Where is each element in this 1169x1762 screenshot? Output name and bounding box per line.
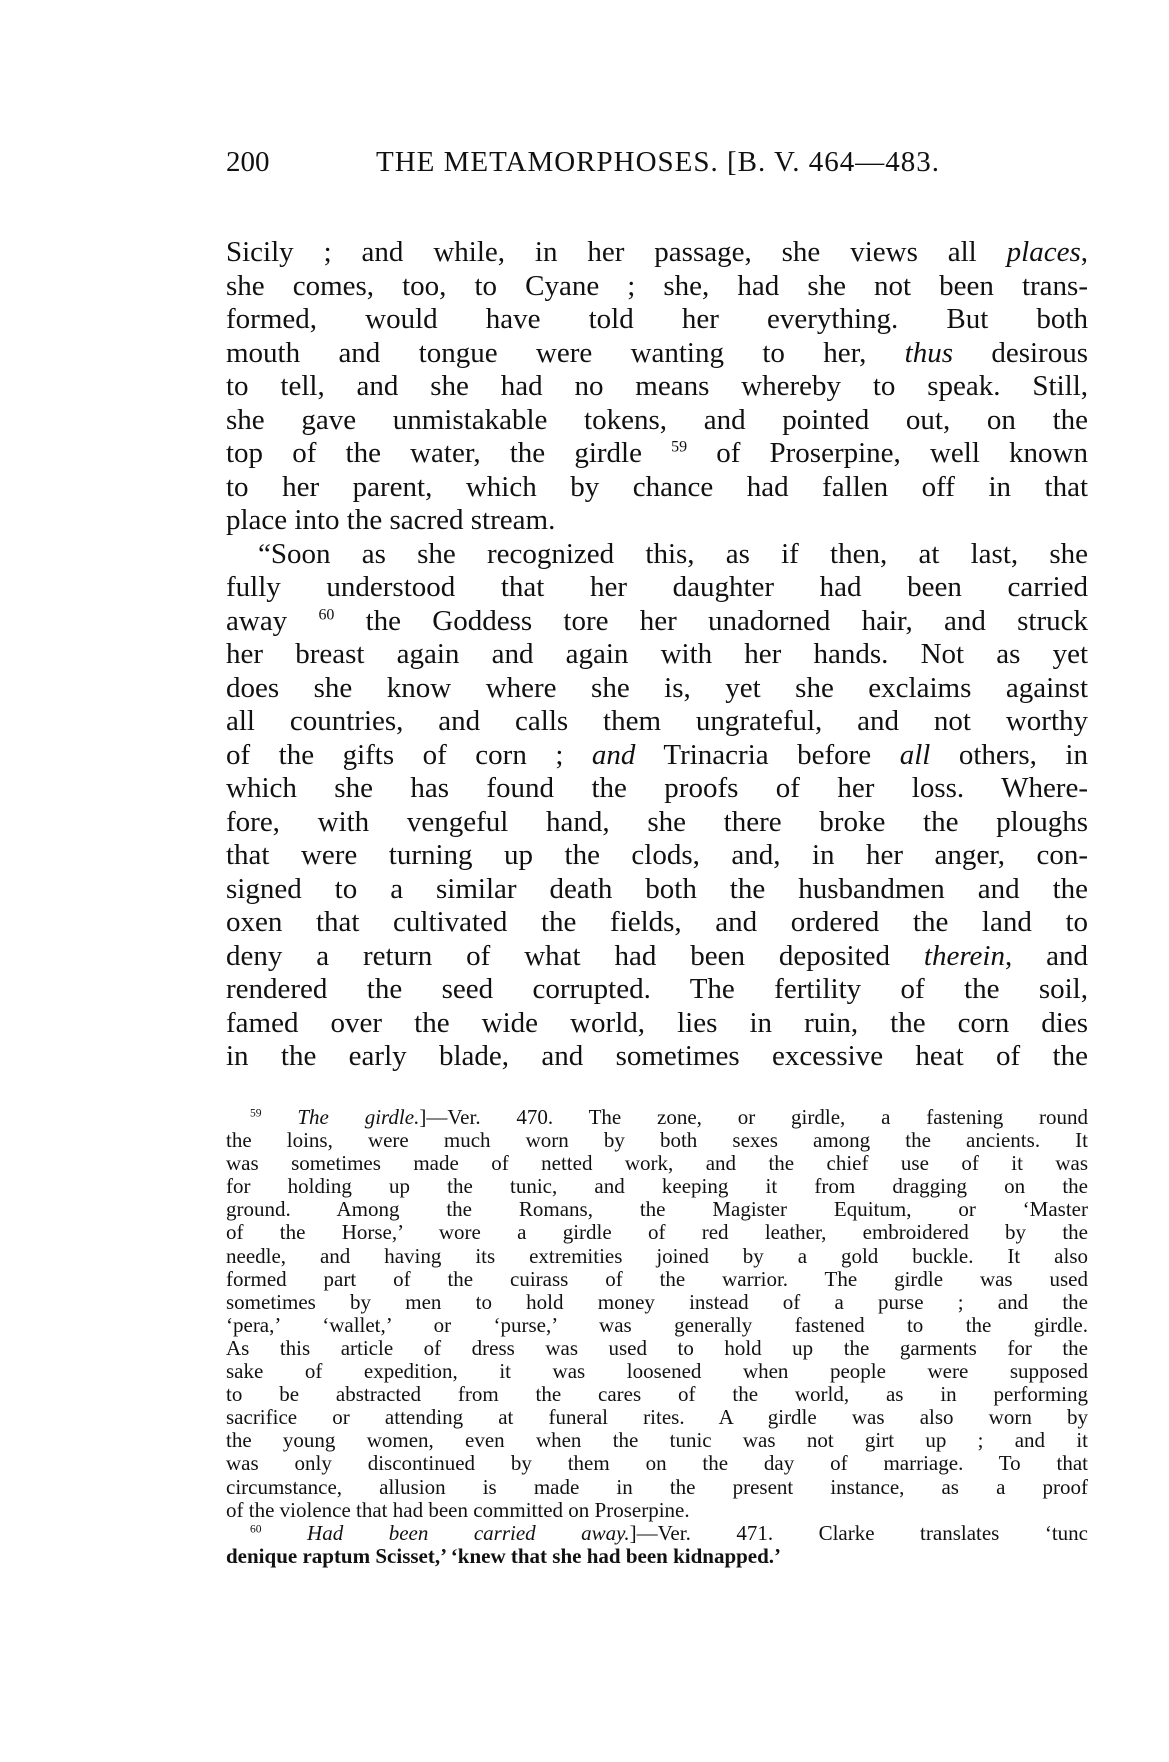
text-line: all countries, and calls them ungrateful… <box>226 705 1088 739</box>
text-line: “Soon as she recognized this, as if then… <box>226 538 1088 572</box>
text-run: formed part of the cuirass of the warrio… <box>226 1267 1088 1291</box>
text-line: famed over the wide world, lies in ruin,… <box>226 1007 1088 1041</box>
footnote-line: formed part of the cuirass of the warrio… <box>226 1268 1088 1291</box>
text-run: sake of expedition, it was loosened when… <box>226 1359 1088 1383</box>
text-run: to her parent, which by chance had falle… <box>226 471 1088 503</box>
text-run: the Goddess tore her unadorned hair, and… <box>334 605 1088 637</box>
text-run: for holding up the tunic, and keeping it… <box>226 1174 1088 1198</box>
footnote-line: ground. Among the Romans, the Magister E… <box>226 1198 1088 1221</box>
footnote-line: denique raptum Scisset,’ ‘knew that she … <box>226 1545 1088 1568</box>
italic-text: and <box>592 739 636 771</box>
text-run: deny a return of what had been deposited <box>226 940 924 972</box>
text-run: all countries, and calls them ungrateful… <box>226 705 1088 737</box>
book-page: 200 THE METAMORPHOSES. [B. V. 464—483. S… <box>0 0 1169 1762</box>
text-line: fore, with vengeful hand, she there brok… <box>226 806 1088 840</box>
text-run: desirous <box>953 337 1088 369</box>
text-run: place into the sacred stream. <box>226 504 555 536</box>
footnote-line: sometimes by men to hold money instead o… <box>226 1291 1088 1314</box>
running-title: THE METAMORPHOSES. [B. V. 464—483. <box>376 146 940 179</box>
text-run: she comes, too, to Cyane ; she, had she … <box>226 270 1088 302</box>
text-run: mouth and tongue were wanting to her, <box>226 337 905 369</box>
text-run: of Proserpine, well known <box>687 437 1088 469</box>
text-line: Sicily ; and while, in her passage, she … <box>226 236 1088 270</box>
text-line: that were turning up the clods, and, in … <box>226 839 1088 873</box>
text-line: in the early blade, and sometimes excess… <box>226 1040 1088 1074</box>
text-run: to be abstracted from the cares of the w… <box>226 1382 1088 1406</box>
italic-text: places <box>1007 236 1081 268</box>
text-run: which she has found the proofs of her lo… <box>226 772 1088 804</box>
text-run: fully understood that her daughter had b… <box>226 571 1088 603</box>
italic-text: The girdle. <box>297 1105 419 1129</box>
text-line: she gave unmistakable tokens, and pointe… <box>226 404 1088 438</box>
italic-text: thus <box>905 337 953 369</box>
text-line: oxen that cultivated the fields, and ord… <box>226 906 1088 940</box>
text-line: of the gifts of corn ; and Trinacria bef… <box>226 739 1088 773</box>
text-line: which she has found the proofs of her lo… <box>226 772 1088 806</box>
text-run: others, in <box>930 739 1088 771</box>
text-line: place into the sacred stream. <box>226 504 1088 538</box>
text-line: top of the water, the girdle 59 of Prose… <box>226 437 1088 471</box>
text-line: fully understood that her daughter had b… <box>226 571 1088 605</box>
footnote-line: of the Horse,’ wore a girdle of red leat… <box>226 1221 1088 1244</box>
italic-text: Had been carried away. <box>307 1521 630 1545</box>
italic-text: therein <box>924 940 1005 972</box>
text-run: ground. Among the Romans, the Magister E… <box>226 1197 1088 1221</box>
footnote-line: sake of expedition, it was loosened when… <box>226 1360 1088 1383</box>
text-run: oxen that cultivated the fields, and ord… <box>226 906 1088 938</box>
main-text: Sicily ; and while, in her passage, she … <box>226 236 1088 1074</box>
text-run: ]—Ver. 471. Clarke translates ‘tunc <box>630 1521 1088 1545</box>
text-run: was only discontinued by them on the day… <box>226 1451 1088 1475</box>
text-run: top of the water, the girdle <box>226 437 671 469</box>
text-run: As this article of dress was used to hol… <box>226 1336 1088 1360</box>
text-line: mouth and tongue were wanting to her, th… <box>226 337 1088 371</box>
footnote-marker: 59 <box>250 1108 262 1120</box>
text-run: in the early blade, and sometimes excess… <box>226 1040 1088 1072</box>
footnote-line: was only discontinued by them on the day… <box>226 1452 1088 1475</box>
footnote-line: 59 The girdle.]—Ver. 470. The zone, or g… <box>226 1106 1088 1129</box>
text-run: does she know where she is, yet she excl… <box>226 672 1088 704</box>
text-run: fore, with vengeful hand, she there brok… <box>226 806 1088 838</box>
footnote-line: was sometimes made of netted work, and t… <box>226 1152 1088 1175</box>
text-run: Trinacria before <box>635 739 899 771</box>
footnote-marker: 60 <box>250 1523 262 1535</box>
text-run: of the gifts of corn ; <box>226 739 592 771</box>
footnote-line: of the violence that had been committed … <box>226 1499 1088 1522</box>
footnote-line: As this article of dress was used to hol… <box>226 1337 1088 1360</box>
text-run: the young women, even when the tunic was… <box>226 1428 1088 1452</box>
text-line: signed to a similar death both the husba… <box>226 873 1088 907</box>
text-run: to tell, and she had no means whereby to… <box>226 370 1088 402</box>
text-run: that were turning up the clods, and, in … <box>226 839 1088 871</box>
text-line: does she know where she is, yet she excl… <box>226 672 1088 706</box>
bold-text: denique raptum Scisset,’ ‘knew that she … <box>226 1544 781 1568</box>
text-line: she comes, too, to Cyane ; she, had she … <box>226 270 1088 304</box>
text-run: away <box>226 605 318 637</box>
page-header: 200 THE METAMORPHOSES. [B. V. 464—483. <box>226 146 1088 186</box>
text-run: formed, would have told her everything. … <box>226 303 1088 335</box>
text-line: to tell, and she had no means whereby to… <box>226 370 1088 404</box>
text-run: needle, and having its extremities joine… <box>226 1244 1088 1268</box>
footnote-marker: 59 <box>671 439 687 456</box>
text-run: rendered the seed corrupted. The fertili… <box>226 973 1088 1005</box>
text-run: she gave unmistakable tokens, and pointe… <box>226 404 1088 436</box>
text-line: to her parent, which by chance had falle… <box>226 471 1088 505</box>
text-run: , <box>1081 236 1088 268</box>
footnote-line: 60 Had been carried away.]—Ver. 471. Cla… <box>226 1522 1088 1545</box>
text-run: ]—Ver. 470. The zone, or girdle, a faste… <box>419 1105 1088 1129</box>
text-run: her breast again and again with her hand… <box>226 638 1088 670</box>
italic-text: all <box>900 739 931 771</box>
text-line: deny a return of what had been deposited… <box>226 940 1088 974</box>
text-run: famed over the wide world, lies in ruin,… <box>226 1007 1088 1039</box>
footnote-line: the loins, were much worn by both sexes … <box>226 1129 1088 1152</box>
text-run: sometimes by men to hold money instead o… <box>226 1290 1088 1314</box>
text-run: signed to a similar death both the husba… <box>226 873 1088 905</box>
footnote-line: to be abstracted from the cares of the w… <box>226 1383 1088 1406</box>
text-line: rendered the seed corrupted. The fertili… <box>226 973 1088 1007</box>
text-run: circumstance, allusion is made in the pr… <box>226 1475 1088 1499</box>
text-run: ‘pera,’ ‘wallet,’ or ‘purse,’ was genera… <box>226 1313 1088 1337</box>
footnote-line: circumstance, allusion is made in the pr… <box>226 1476 1088 1499</box>
text-run <box>262 1521 308 1545</box>
text-run: sacrifice or attending at funeral rites.… <box>226 1405 1088 1429</box>
page-number: 200 <box>226 146 270 179</box>
footnote-line: needle, and having its extremities joine… <box>226 1245 1088 1268</box>
text-line: formed, would have told her everything. … <box>226 303 1088 337</box>
footnote-marker: 60 <box>318 606 334 623</box>
footnotes: 59 The girdle.]—Ver. 470. The zone, or g… <box>226 1106 1088 1568</box>
text-run: was sometimes made of netted work, and t… <box>226 1151 1088 1175</box>
text-run <box>262 1105 298 1129</box>
text-run: “Soon as she recognized this, as if then… <box>258 538 1088 570</box>
text-line: away 60 the Goddess tore her unadorned h… <box>226 605 1088 639</box>
footnote-line: ‘pera,’ ‘wallet,’ or ‘purse,’ was genera… <box>226 1314 1088 1337</box>
footnote-line: sacrifice or attending at funeral rites.… <box>226 1406 1088 1429</box>
text-run: Sicily ; and while, in her passage, she … <box>226 236 1007 268</box>
text-line: her breast again and again with her hand… <box>226 638 1088 672</box>
footnote-line: the young women, even when the tunic was… <box>226 1429 1088 1452</box>
text-run: of the violence that had been committed … <box>226 1498 690 1522</box>
footnote-line: for holding up the tunic, and keeping it… <box>226 1175 1088 1198</box>
text-run: the loins, were much worn by both sexes … <box>226 1128 1088 1152</box>
text-run: , and <box>1005 940 1088 972</box>
text-run: of the Horse,’ wore a girdle of red leat… <box>226 1220 1088 1244</box>
